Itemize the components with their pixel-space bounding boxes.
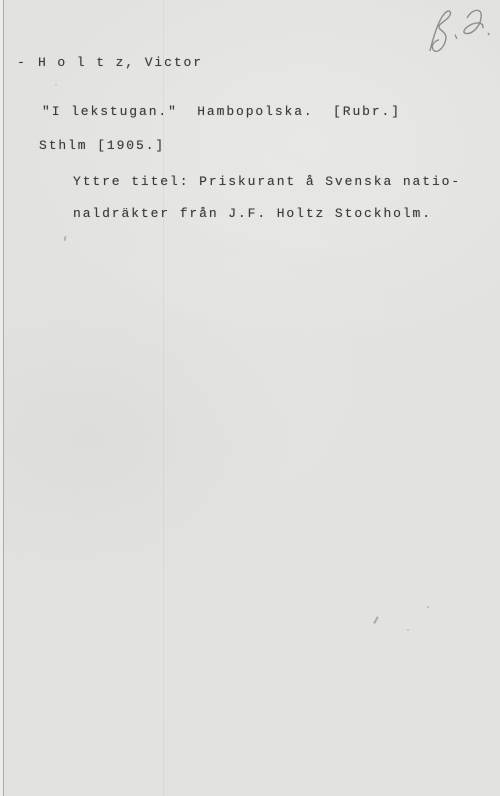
handwritten-initials (414, 1, 500, 60)
title-line: "I lekstugan." Hambopolska. [Rubr.] (42, 104, 401, 119)
paper-speck (55, 84, 57, 86)
entry-marker: - (17, 55, 27, 70)
imprint-line: Sthlm [1905.] (39, 138, 165, 153)
paper-speck (63, 236, 66, 241)
catalog-card-scan: - H o l t z, Victor "I lekstugan." Hambo… (0, 0, 500, 796)
paper-fold-line (163, 0, 164, 796)
paper-speck (407, 629, 409, 631)
paper-speck (373, 616, 378, 624)
card-left-edge-line (3, 0, 4, 796)
paper-speck (427, 606, 429, 608)
note-line-1: Yttre titel: Priskurant å Svenska natio- (73, 174, 461, 189)
note-line-2: naldräkter från J.F. Holtz Stockholm. (73, 206, 432, 221)
author-heading: H o l t z, Victor (38, 55, 203, 70)
